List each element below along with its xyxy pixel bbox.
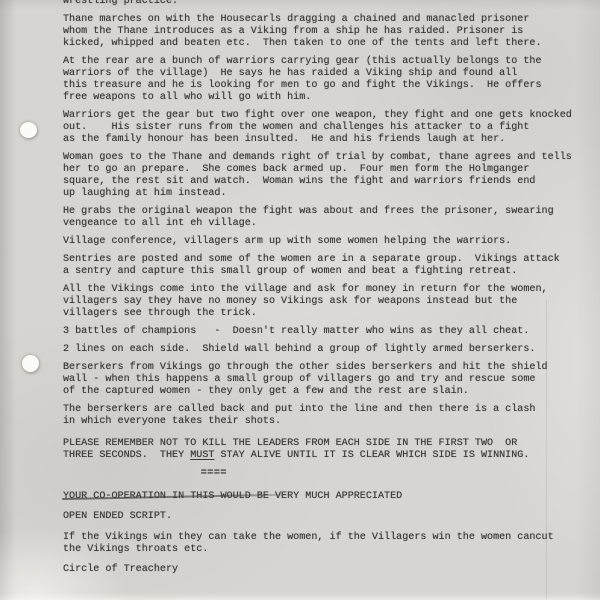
paragraph-thane-prisoner: Thane marches on with the Housecarls dra… xyxy=(63,14,600,50)
paragraph-clash: The berserkers are called back and put i… xyxy=(63,404,600,428)
paragraph-circle-of-treachery: Circle of Treachery xyxy=(63,564,600,576)
scanned-page: wrestling practice.Thane marches on with… xyxy=(0,0,600,600)
underlined-word: MUST xyxy=(190,450,214,461)
paragraph-village-conference: Village conference, villagers arm up wit… xyxy=(63,236,600,248)
paragraph-trial-by-combat: Woman goes to the Thane and demands righ… xyxy=(63,152,600,200)
paragraph-warriors-gear: At the rear are a bunch of warriors carr… xyxy=(63,56,600,104)
paragraph-equals-underline: ==== xyxy=(63,468,600,480)
paragraph-ending: If the Vikings win they can take the wom… xyxy=(63,532,600,556)
paragraph-berserkers: Berserkers from Vikings go through the o… xyxy=(63,362,600,398)
paragraph-frees-prisoner: He grabs the original weapon the fight w… xyxy=(63,206,600,230)
paragraph-open-ended: OPEN ENDED SCRIPT. xyxy=(63,511,600,523)
typewritten-text: wrestling practice.Thane marches on with… xyxy=(63,0,600,582)
scan-fold-streak xyxy=(546,300,547,600)
paragraph-vikings-money: All the Vikings come into the village an… xyxy=(63,284,600,320)
hole-punch-top xyxy=(20,122,37,138)
paragraph-shield-wall: 2 lines on each side. Shield wall behind… xyxy=(63,344,600,356)
paragraph-leaders-warning: PLEASE REMEMBER NOT TO KILL THE LEADERS … xyxy=(63,438,600,462)
paragraph-fight-over-weapon: Warriors get the gear but two fight over… xyxy=(63,110,600,146)
text-segment: STAY ALIVE UNTIL IT IS CLEAR WHICH SIDE … xyxy=(214,450,529,461)
hole-punch-bottom xyxy=(22,355,39,372)
paragraph-sentries: Sentries are posted and some of the wome… xyxy=(63,254,600,278)
paragraph-wrestling: wrestling practice. xyxy=(63,0,600,8)
paragraph-battles-of-champions: 3 battles of champions - Doesn't really … xyxy=(63,326,600,338)
